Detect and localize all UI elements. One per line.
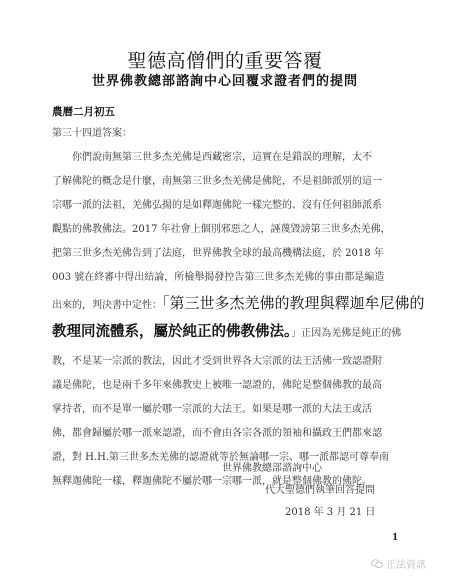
lunar-date: 農曆二月初五	[52, 104, 115, 119]
body-line: 議是佛陀，也是兩千多年來佛教史上被唯一認證的，佛陀是整個佛教的最高	[52, 381, 402, 391]
verdict-quote-close: 」	[291, 328, 301, 339]
verdict-quote-1: 「第三世多杰羌佛的教理與釋迦牟尼佛的	[162, 294, 425, 312]
body-line: 你們說南無第三世多杰羌佛是西藏密宗，這實在是錯誤的理解，太不	[52, 153, 402, 163]
body-line: 佛，都會歸屬於哪一派來認證，而不會由各宗各派的領袖和攝政王們都來認	[52, 429, 402, 439]
document-subtitle: 世界佛教總部諮詢中心回覆求證者們的提問	[0, 70, 450, 89]
signature-on-behalf: 代大聖德們執筆回答提問	[265, 481, 375, 496]
watermark: 正法資訊	[371, 556, 426, 571]
body-line: 觀點的佛教佛法。2017 年社會上個別邪惡之人，誣蔑毀謗第三世多杰羌佛，	[52, 225, 402, 235]
body-line: 把第三世多杰羌佛告到了法庭，世界佛教全球的最高機構法庭，於 2018 年	[52, 249, 402, 259]
body-line: 宗哪一派的法祖，羌佛弘揚的是如釋迦佛陀一樣完整的、沒有任何祖師派系	[52, 201, 402, 211]
signature-org: 世界佛教總部諮詢中心	[222, 459, 322, 474]
watermark-text: 正法資訊	[386, 556, 426, 571]
wechat-icon	[371, 559, 383, 569]
verdict-line-1: 出來的，判決書中定性：「第三世多杰羌佛的教理與釋迦牟尼佛的	[52, 292, 402, 317]
page-number: 1	[392, 533, 398, 543]
verdict-line-2: 教理同流體系，屬於純正的佛教佛法。」正因為羌佛是純正的佛	[52, 321, 402, 345]
signature-date: 2018 年 3 月 21 日	[285, 503, 375, 518]
verdict-quote-2: 教理同流體系，屬於純正的佛教佛法。	[52, 324, 291, 340]
body-line: 教，不是某一宗派的教法，因此才受到世界各大宗派的法王活佛一致認證附	[52, 357, 402, 367]
body-line: 掌持者，而不是單一屬於哪一宗派的大法王。如果是哪一派的大法王或活	[52, 405, 402, 415]
document-title: 聖德高僧們的重要答覆	[0, 46, 450, 73]
body-line: 003 號在終審中得出結論，所檢舉揭發控告第三世多杰羌佛的事由都是編造	[52, 273, 402, 283]
body-line: 了解佛陀的概念是什麼，南無第三世多杰羌佛是佛陀，不是祖師派別的這一	[52, 177, 402, 187]
answer-number: 第三十四道答案：	[52, 124, 132, 139]
verdict-suffix: 正因為羌佛是純正的佛	[301, 328, 401, 339]
verdict-prefix: 出來的，判決書中定性：	[52, 300, 162, 311]
